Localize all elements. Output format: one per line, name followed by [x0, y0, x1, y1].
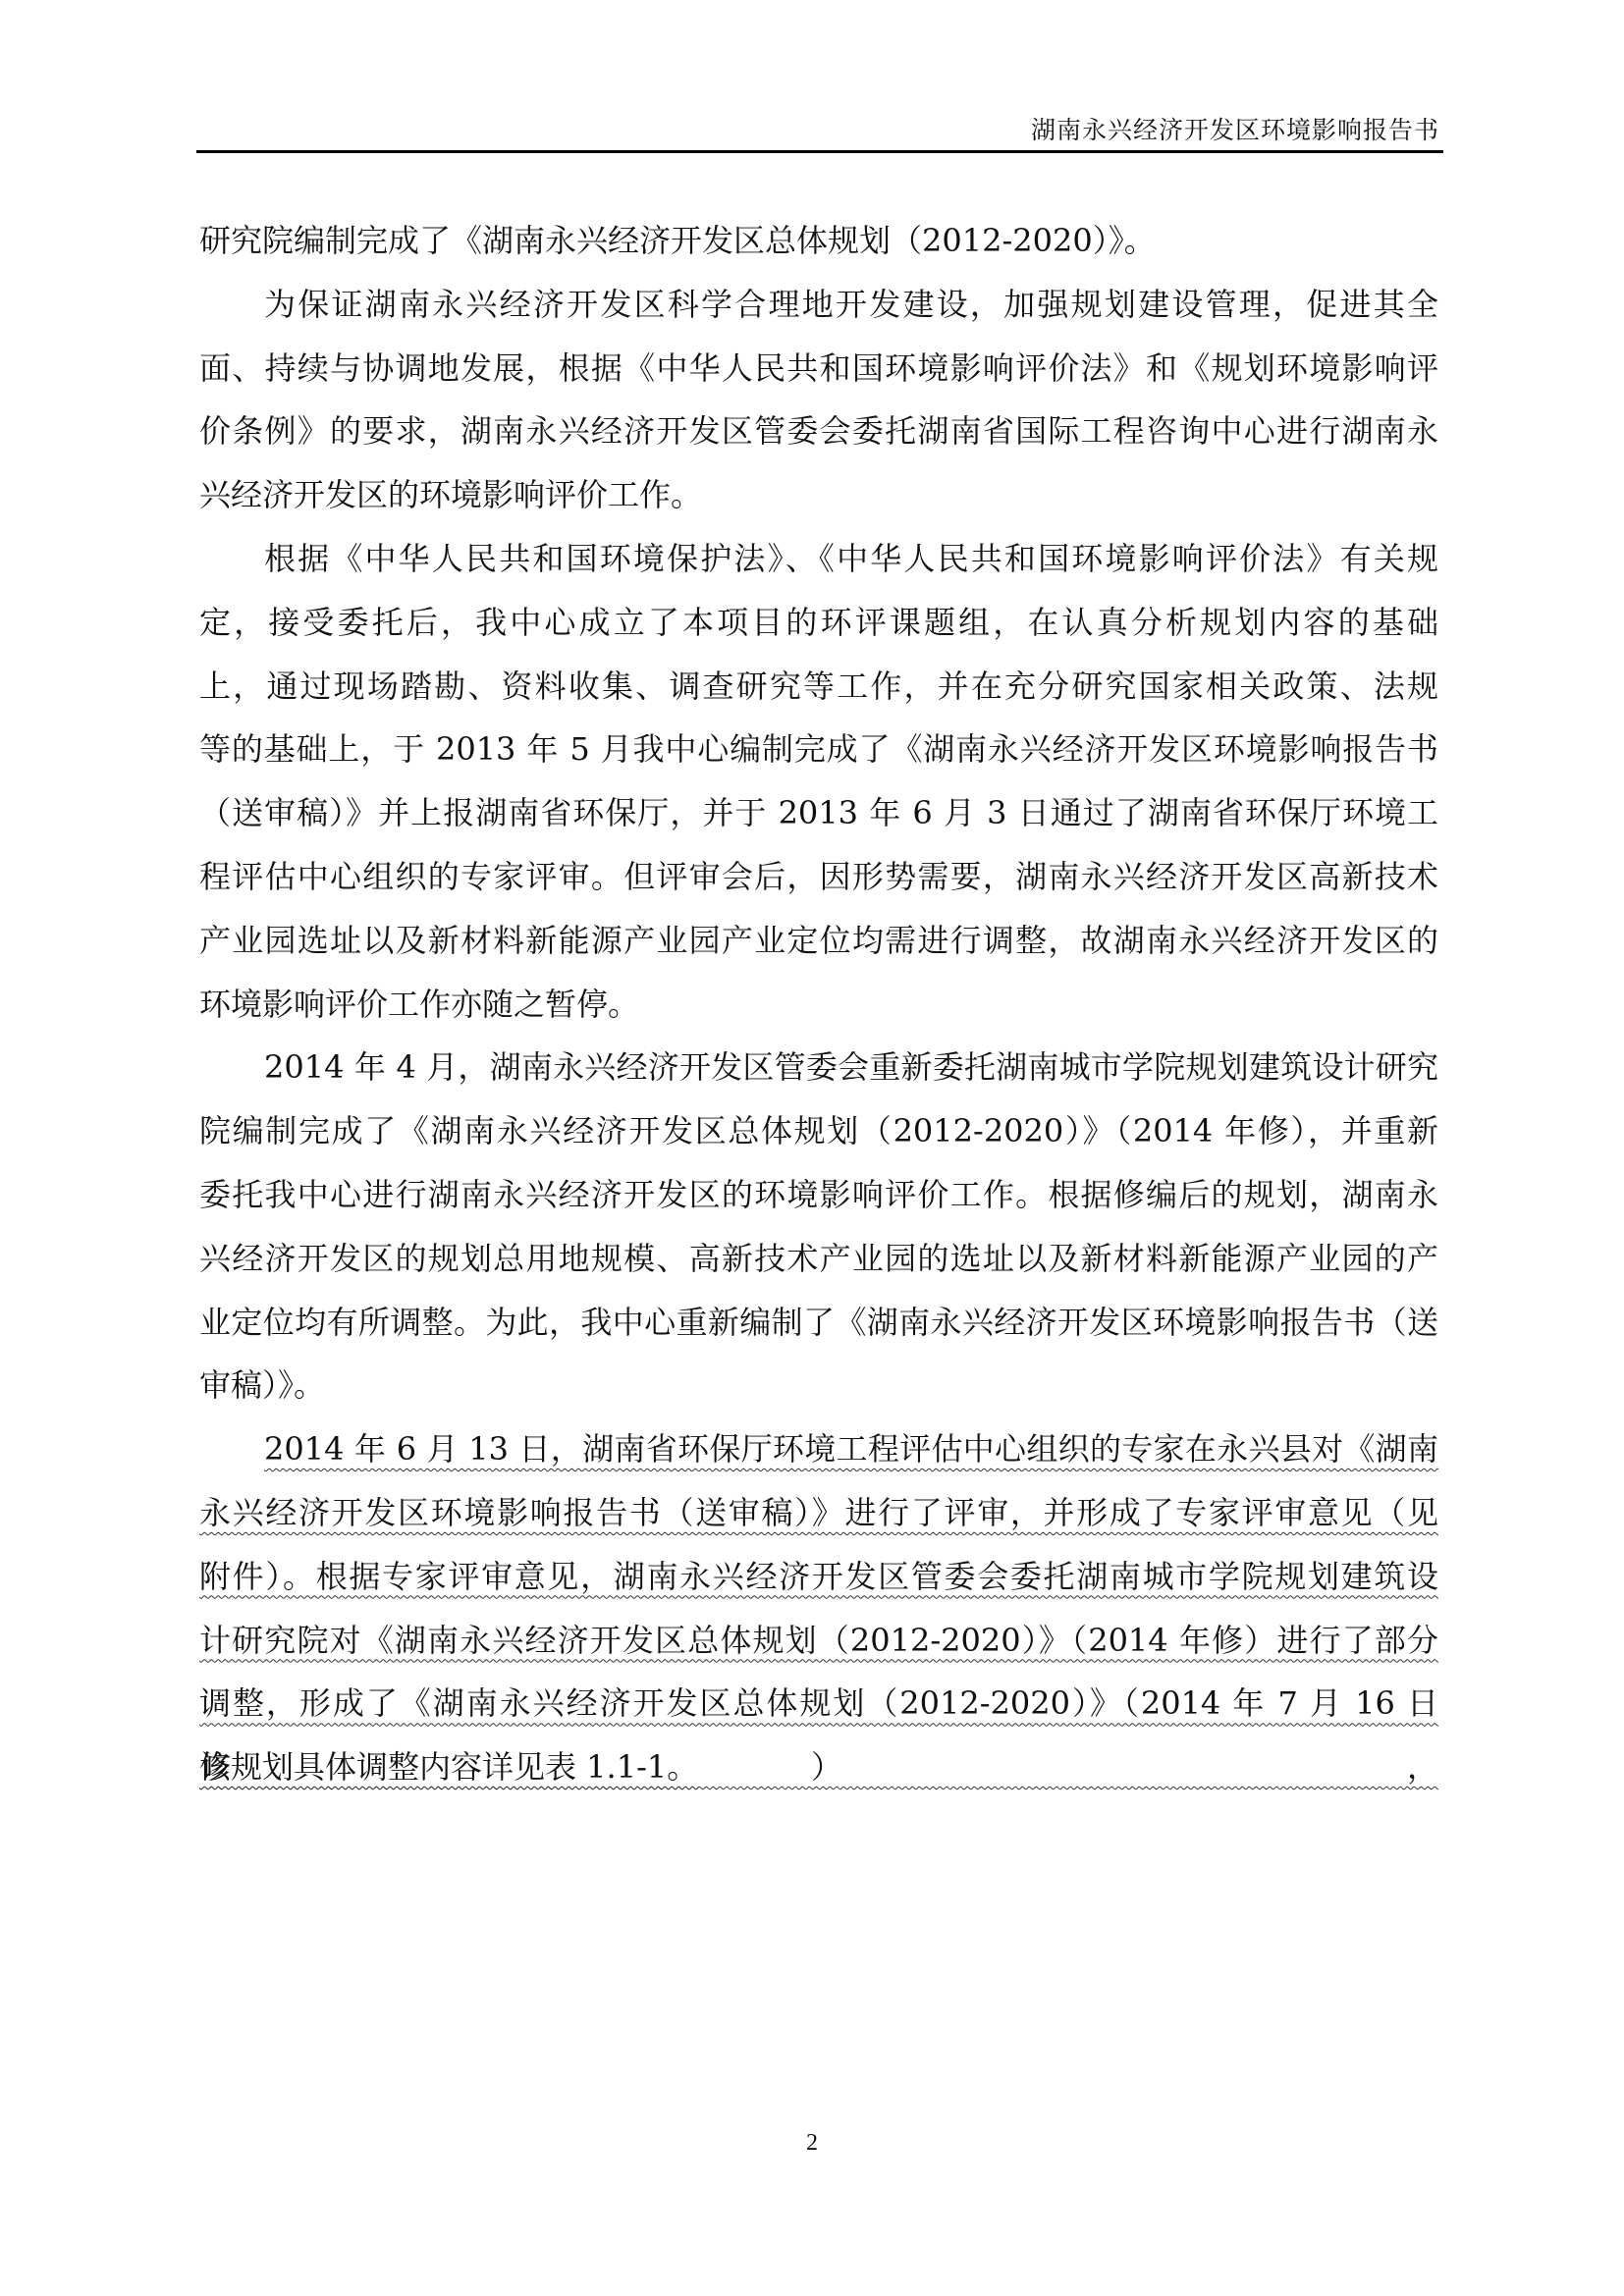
- page-number: 2: [0, 2130, 1624, 2157]
- line-text: 为保证湖南永兴经济开发区科学合理地开发建设，加强规划建设管理，促进其全: [264, 273, 1438, 337]
- text-line: 定，接受委托后，我中心成立了本项目的环评课题组，在认真分析规划内容的基础: [199, 591, 1438, 655]
- line-text: 环境影响评价工作亦随之暂停。: [199, 986, 639, 1023]
- paragraph: 2014 年 4 月，湖南永兴经济开发区管委会重新委托湖南城市学院规划建筑设计研…: [199, 1036, 1438, 1417]
- body-text: 研究院编制完成了《湖南永兴经济开发区总体规划（2012-2020）》。 为保证湖…: [199, 209, 1438, 1799]
- text-line: 兴经济开发区的规划总用地规模、高新技术产业园的选址以及新材料新能源产业园的产: [199, 1227, 1438, 1291]
- line-text: 附件）。根据专家评审意见，湖南永兴经济开发区管委会委托湖南城市学院规划建筑设: [199, 1545, 1438, 1609]
- line-text: 该规划具体调整内容详见表 1.1-1。: [199, 1748, 698, 1786]
- text-line: 2014 年 6 月 13 日，湖南省环保厅环境工程评估中心组织的专家在永兴县对…: [199, 1417, 1438, 1481]
- paragraph: 为保证湖南永兴经济开发区科学合理地开发建设，加强规划建设管理，促进其全 面、持续…: [199, 273, 1438, 527]
- line-text: 计研究院对《湖南永兴经济开发区总体规划（2012-2020）》（2014 年修）…: [199, 1609, 1438, 1673]
- line-text: 兴经济开发区的规划总用地规模、高新技术产业园的选址以及新材料新能源产业园的产: [199, 1227, 1438, 1291]
- text-line: 等的基础上，于 2013 年 5 月我中心编制完成了《湖南永兴经济开发区环境影响…: [199, 718, 1438, 781]
- document-page: 湖南永兴经济开发区环境影响报告书 研究院编制完成了《湖南永兴经济开发区总体规划（…: [0, 0, 1624, 2296]
- header-rule: [196, 150, 1443, 153]
- text-line: 环境影响评价工作亦随之暂停。: [199, 973, 1438, 1037]
- line-text: 研究院编制完成了《湖南永兴经济开发区总体规划（2012-2020）》。: [199, 222, 1156, 259]
- line-text: 价条例》的要求，湖南永兴经济开发区管委会委托湖南省国际工程咨询中心进行湖南永: [199, 400, 1438, 463]
- text-line: 为保证湖南永兴经济开发区科学合理地开发建设，加强规划建设管理，促进其全: [199, 273, 1438, 337]
- line-text: 2014 年 4 月，湖南永兴经济开发区管委会重新委托湖南城市学院规划建筑设计研…: [264, 1036, 1438, 1099]
- line-text: 定，接受委托后，我中心成立了本项目的环评课题组，在认真分析规划内容的基础: [199, 591, 1438, 655]
- text-line: 面、持续与协调地发展，根据《中华人民共和国环境影响评价法》和《规划环境影响评: [199, 337, 1438, 400]
- line-text: （送审稿）》并上报湖南省环保厅，并于 2013 年 6 月 3 日通过了湖南省环…: [199, 781, 1438, 845]
- line-text: 等的基础上，于 2013 年 5 月我中心编制完成了《湖南永兴经济开发区环境影响…: [199, 718, 1438, 781]
- revised-paragraph: 2014 年 6 月 13 日，湖南省环保厅环境工程评估中心组织的专家在永兴县对…: [199, 1417, 1438, 1799]
- text-line: 计研究院对《湖南永兴经济开发区总体规划（2012-2020）》（2014 年修）…: [199, 1609, 1438, 1673]
- text-line: 兴经济开发区的环境影响评价工作。: [199, 463, 1438, 527]
- text-line: 业定位均有所调整。为此，我中心重新编制了《湖南永兴经济开发区环境影响报告书（送: [199, 1291, 1438, 1355]
- line-text: 上，通过现场踏勘、资料收集、调查研究等工作，并在充分研究国家相关政策、法规: [199, 655, 1438, 719]
- text-line: 审稿）》。: [199, 1354, 1438, 1417]
- text-line: 上，通过现场踏勘、资料收集、调查研究等工作，并在充分研究国家相关政策、法规: [199, 655, 1438, 719]
- line-text: 面、持续与协调地发展，根据《中华人民共和国环境影响评价法》和《规划环境影响评: [199, 337, 1438, 400]
- line-text: 产业园选址以及新材料新能源产业园产业定位均需进行调整，故湖南永兴经济开发区的: [199, 909, 1438, 973]
- paragraph: 根据《中华人民共和国环境保护法》、《中华人民共和国环境影响评价法》有关规 定，接…: [199, 527, 1438, 1036]
- line-text: 2014 年 6 月 13 日，湖南省环保厅环境工程评估中心组织的专家在永兴县对…: [264, 1417, 1438, 1481]
- text-line: 院编制完成了《湖南永兴经济开发区总体规划（2012-2020）》（2014 年修…: [199, 1099, 1438, 1163]
- text-line: 调整，形成了《湖南永兴经济开发区总体规划（2012-2020）》（2014 年 …: [199, 1672, 1438, 1735]
- text-line: 价条例》的要求，湖南永兴经济开发区管委会委托湖南省国际工程咨询中心进行湖南永: [199, 400, 1438, 463]
- line-text: 业定位均有所调整。为此，我中心重新编制了《湖南永兴经济开发区环境影响报告书（送: [199, 1291, 1438, 1355]
- text-line: 根据《中华人民共和国环境保护法》、《中华人民共和国环境影响评价法》有关规: [199, 527, 1438, 591]
- line-text: 审稿）》。: [199, 1366, 325, 1404]
- text-line: 委托我中心进行湖南永兴经济开发区的环境影响评价工作。根据修编后的规划，湖南永: [199, 1163, 1438, 1227]
- line-text: 兴经济开发区的环境影响评价工作。: [199, 476, 702, 513]
- line-text: 永兴经济开发区环境影响报告书（送审稿）》进行了评审，并形成了专家评审意见（见: [199, 1481, 1438, 1545]
- text-line: 永兴经济开发区环境影响报告书（送审稿）》进行了评审，并形成了专家评审意见（见: [199, 1481, 1438, 1545]
- text-line: 附件）。根据专家评审意见，湖南永兴经济开发区管委会委托湖南城市学院规划建筑设: [199, 1545, 1438, 1609]
- line-text: 院编制完成了《湖南永兴经济开发区总体规划（2012-2020）》（2014 年修…: [199, 1099, 1438, 1163]
- text-line: 研究院编制完成了《湖南永兴经济开发区总体规划（2012-2020）》。: [199, 209, 1438, 273]
- text-line: 产业园选址以及新材料新能源产业园产业定位均需进行调整，故湖南永兴经济开发区的: [199, 909, 1438, 973]
- line-text: 委托我中心进行湖南永兴经济开发区的环境影响评价工作。根据修编后的规划，湖南永: [199, 1163, 1438, 1227]
- text-line: 程评估中心组织的专家评审。但评审会后，因形势需要，湖南永兴经济开发区高新技术: [199, 845, 1438, 909]
- text-line: （送审稿）》并上报湖南省环保厅，并于 2013 年 6 月 3 日通过了湖南省环…: [199, 781, 1438, 845]
- paragraph: 研究院编制完成了《湖南永兴经济开发区总体规划（2012-2020）》。: [199, 209, 1438, 273]
- line-text: 根据《中华人民共和国环境保护法》、《中华人民共和国环境影响评价法》有关规: [264, 527, 1438, 591]
- line-text: 程评估中心组织的专家评审。但评审会后，因形势需要，湖南永兴经济开发区高新技术: [199, 845, 1438, 909]
- text-line: 2014 年 4 月，湖南永兴经济开发区管委会重新委托湖南城市学院规划建筑设计研…: [199, 1036, 1438, 1099]
- running-header-title: 湖南永兴经济开发区环境影响报告书: [1031, 111, 1439, 146]
